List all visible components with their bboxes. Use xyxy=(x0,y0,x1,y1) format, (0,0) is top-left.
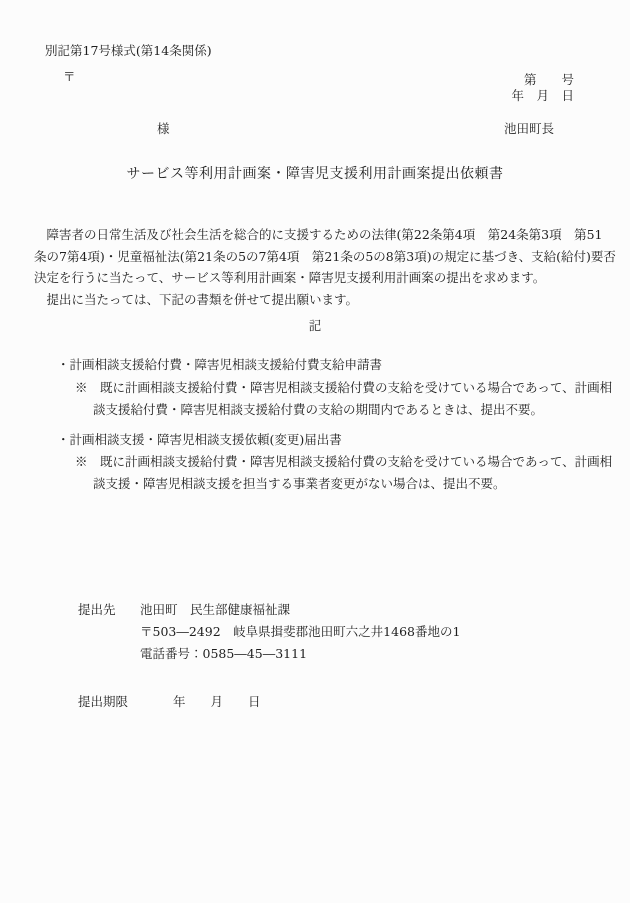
postal-mark: 〒 xyxy=(63,68,76,86)
body-line: 提出に当たっては、下記の書類を併せて提出願います。 xyxy=(34,289,616,311)
ki-heading: 記 xyxy=(0,317,630,335)
body-line: 決定を行うに当たって、サービス等利用計画案・障害児支援利用計画案の提出を求めます… xyxy=(34,267,616,289)
body-line: 条の7第4項)・児童福祉法(第21条の5の7第4項 第21条の5の8第3項)の規… xyxy=(34,246,616,268)
deadline-label: 提出期限 xyxy=(78,693,128,711)
submit-to-office: 池田町 民生部健康福祉課 xyxy=(140,601,290,619)
doc-date: 年 月 日 xyxy=(511,87,574,105)
body-line: 障害者の日常生活及び社会生活を総合的に支援するための法律(第22条第4項 第24… xyxy=(34,224,616,246)
deadline-date: 年 月 日 xyxy=(173,693,261,711)
sender-name: 池田町長 xyxy=(504,120,554,138)
body-paragraph: 障害者の日常生活及び社会生活を総合的に支援するための法律(第22条第4項 第24… xyxy=(34,224,616,310)
submit-to-label: 提出先 xyxy=(78,601,116,619)
attachment-2-note-line-1: ※ 既に計画相談支援給付費・障害児相談支援給付費の支給を受けている場合であって、… xyxy=(75,453,612,471)
attachment-1-note-line-2: 談支援給付費・障害児相談支援給付費の支給の期間内であるときは、提出不要。 xyxy=(93,401,543,419)
submit-to-phone: 電話番号：0585―45―3111 xyxy=(140,645,307,663)
attachment-2-title: ・計画相談支援・障害児相談支援依頼(変更)届出書 xyxy=(57,431,342,449)
document-title: サービス等利用計画案・障害児支援利用計画案提出依頼書 xyxy=(0,164,630,184)
attachment-2-note-line-2: 談支援・障害児相談支援を担当する事業者変更がない場合は、提出不要。 xyxy=(93,475,506,493)
form-number: 別記第17号様式(第14条関係) xyxy=(45,42,212,60)
document-page: 別記第17号様式(第14条関係) 〒 第 号 年 月 日 様 池田町長 サービス… xyxy=(0,0,630,903)
submit-to-address: 〒503―2492 岐阜県揖斐郡池田町六之井1468番地の1 xyxy=(140,623,460,641)
addressee-suffix: 様 xyxy=(157,120,170,138)
attachment-1-title: ・計画相談支援給付費・障害児相談支援給付費支給申請書 xyxy=(57,356,382,374)
attachment-1-note-line-1: ※ 既に計画相談支援給付費・障害児相談支援給付費の支給を受けている場合であって、… xyxy=(75,379,612,397)
